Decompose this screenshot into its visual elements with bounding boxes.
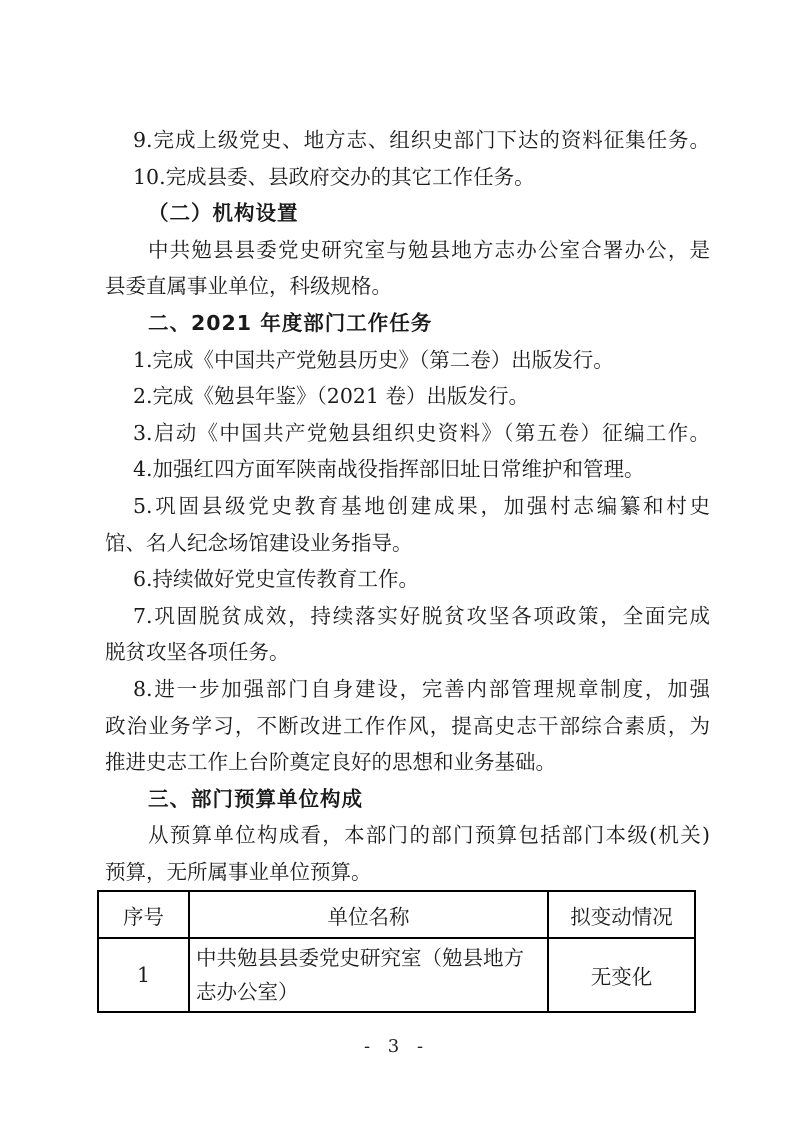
list-item-6: 6.持续做好党史宣传教育工作。 xyxy=(105,561,710,598)
table-cell-seq: 1 xyxy=(98,938,189,1012)
budget-units-table: 序号 单位名称 拟变动情况 1 中共勉县县委党史研究室（勉县地方志办公室） 无变… xyxy=(97,890,696,1013)
table-header-row: 序号 单位名称 拟变动情况 xyxy=(98,891,695,938)
table-header-change: 拟变动情况 xyxy=(548,891,695,938)
page-number: - 3 - xyxy=(364,1036,429,1057)
list-item-8: 8.进一步加强部门自身建设，完善内部管理规章制度，加强 xyxy=(105,671,710,708)
table-header-seq: 序号 xyxy=(98,891,189,938)
section-heading-organization: （二）机构设置 xyxy=(105,195,710,232)
paragraph-line: 脱贫攻坚各项任务。 xyxy=(105,634,710,671)
paragraph-line: 政治业务学习，不断改进工作作风，提高史志干部综合素质，为 xyxy=(105,708,710,745)
paragraph-line: 中共勉县县委党史研究室与勉县地方志办公室合署办公，是 xyxy=(105,232,710,269)
list-item-7: 7.巩固脱贫成效，持续落实好脱贫攻坚各项政策，全面完成 xyxy=(105,598,710,635)
document-page: 9.完成上级党史、地方志、组织史部门下达的资料征集任务。 10.完成县委、县政府… xyxy=(0,0,793,1122)
list-item-10: 10.完成县委、县政府交办的其它工作任务。 xyxy=(105,159,710,196)
list-item-5: 5.巩固县级党史教育基地创建成果，加强村志编纂和村史 xyxy=(105,488,710,525)
list-item-1: 1.完成《中国共产党勉县历史》（第二卷）出版发行。 xyxy=(105,342,710,379)
table-cell-change: 无变化 xyxy=(548,938,695,1012)
paragraph-line: 馆、名人纪念场馆建设业务指导。 xyxy=(105,525,710,562)
list-item-4: 4.加强红四方面军陕南战役指挥部旧址日常维护和管理。 xyxy=(105,451,710,488)
paragraph-line: 从预算单位构成看，本部门的部门预算包括部门本级(机关) xyxy=(105,817,710,854)
paragraph-line: 预算，无所属事业单位预算。 xyxy=(105,854,710,891)
paragraph-line: 推进史志工作上台阶奠定良好的思想和业务基础。 xyxy=(105,744,710,781)
list-item-9: 9.完成上级党史、地方志、组织史部门下达的资料征集任务。 xyxy=(105,122,710,159)
document-body: 9.完成上级党史、地方志、组织史部门下达的资料征集任务。 10.完成县委、县政府… xyxy=(105,122,710,1013)
list-item-2: 2.完成《勉县年鉴》（2021 卷）出版发行。 xyxy=(105,378,710,415)
paragraph-line: 县委直属事业单位，科级规格。 xyxy=(105,268,710,305)
list-item-3: 3.启动《中国共产党勉县组织史资料》（第五卷）征编工作。 xyxy=(105,415,710,452)
table-cell-name: 中共勉县县委党史研究室（勉县地方志办公室） xyxy=(189,938,548,1012)
table-row: 1 中共勉县县委党史研究室（勉县地方志办公室） 无变化 xyxy=(98,938,695,1012)
page-footer: - 3 - xyxy=(0,1036,793,1057)
section-heading-budget-units: 三、部门预算单位构成 xyxy=(105,781,710,818)
section-heading-tasks: 二、2021 年度部门工作任务 xyxy=(105,305,710,342)
table-header-name: 单位名称 xyxy=(189,891,548,938)
